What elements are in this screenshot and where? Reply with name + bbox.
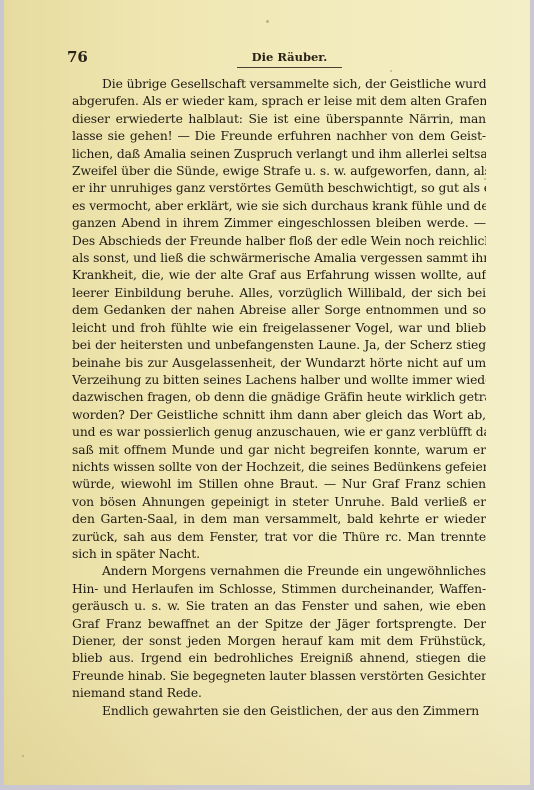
text-line: Diener, der sonst jeden Morgen herauf ka… [72,633,486,650]
text-line: Freunde hinab. Sie begegneten lauter bla… [72,668,486,685]
page-speck [390,70,392,72]
text-line: bei der heitersten und unbefangensten La… [72,337,486,354]
text-line: niemand stand Rede. [72,685,486,702]
text-line: leerer Einbildung beruhe. Alles, vorzügl… [72,285,486,302]
running-title: Die Räuber. [237,50,342,68]
text-line: dieser erwiederte halblaut: Sie ist eine… [72,111,486,128]
text-line: blieb aus. Irgend ein bedrohliches Ereig… [72,650,486,667]
text-line: den Garten-Saal, in dem man versammelt, … [72,511,486,528]
text-line: zurück, sah aus dem Fenster, trat vor di… [72,529,486,546]
text-line: nichts wissen sollte von der Hochzeit, d… [72,459,486,476]
paragraph: Die übrige Gesellschaft versammelte sich… [72,76,486,563]
paragraph: Endlich gewahrten sie den Geistlichen, d… [72,703,486,720]
text-line: Graf Franz bewaffnet an der Spitze der J… [72,616,486,633]
text-line: beinahe bis zur Ausgelassenheit, der Wun… [72,355,486,372]
body-text: Die übrige Gesellschaft versammelte sich… [72,76,486,720]
text-line: worden? Der Geistliche schnitt ihm dann … [72,407,486,424]
text-line: es vermocht, aber erklärt, wie sie sich … [72,198,486,215]
text-line: lichen, daß Amalia seinen Zuspruch verla… [72,146,486,163]
text-line: sich in später Nacht. [72,546,486,563]
text-line: er ihr unruhiges ganz verstörtes Gemüth … [72,180,486,197]
page-number: 76 [67,48,88,66]
text-line: lasse sie gehen! — Die Freunde erfuhren … [72,128,486,145]
text-line: von bösen Ahnungen gepeinigt in steter U… [72,494,486,511]
text-line: Endlich gewahrten sie den Geistlichen, d… [72,703,486,720]
text-line: Die übrige Gesellschaft versammelte sich… [72,76,486,93]
text-line: Des Abschieds der Freunde halber floß de… [72,233,486,250]
text-line: Andern Morgens vernahmen die Freunde ein… [72,563,486,580]
page-speck [22,755,24,757]
text-line: leicht und froh fühlte wie ein freigelas… [72,320,486,337]
text-line: Krankheit, die, wie der alte Graf aus Er… [72,267,486,284]
text-line: geräusch u. s. w. Sie traten an das Fens… [72,598,486,615]
text-line: dazwischen fragen, ob denn die gnädige G… [72,389,486,406]
page-header: 76 Die Räuber. [67,48,487,70]
text-line: dem Gedanken der nahen Abreise aller Sor… [72,302,486,319]
text-line: Verzeihung zu bitten seines Lachens halb… [72,372,486,389]
book-page: 76 Die Räuber. Die übrige Gesellschaft v… [4,0,530,785]
page-speck [266,20,269,23]
text-line: ganzen Abend in ihrem Zimmer eingeschlos… [72,215,486,232]
paragraph: Andern Morgens vernahmen die Freunde ein… [72,563,486,702]
text-line: würde, wiewohl im Stillen ohne Braut. — … [72,476,486,493]
text-line: Hin- und Herlaufen im Schlosse, Stimmen … [72,581,486,598]
text-line: Zweifel über die Sünde, ewige Strafe u. … [72,163,486,180]
text-line: abgerufen. Als er wieder kam, sprach er … [72,93,486,110]
text-line: und es war possierlich genug anzuschauen… [72,424,486,441]
text-line: saß mit offnem Munde und gar nicht begre… [72,442,486,459]
text-line: als sonst, und ließ die schwärmerische A… [72,250,486,267]
